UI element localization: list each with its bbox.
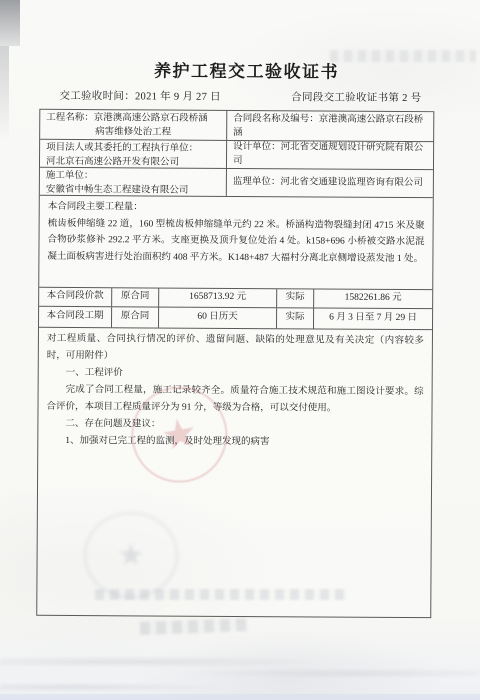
- duration-actual-label: 实际: [277, 308, 314, 328]
- table-row: 施工单位： 安徽省中畅生态工程建设有限公司 监理单位：河北省交通建设监理咨询有限…: [40, 168, 433, 198]
- project-name-cell: 工程名称：京港澳高速公路京石段桥涵 病害维修处治工程: [40, 110, 227, 140]
- project-name-line1: 工程名称：京港澳高速公路京石段桥涵: [46, 112, 220, 127]
- duration-row: 本合同段工期 原合同 60 日历天 实际 6 月 3 日至 7 月 29 日: [39, 307, 432, 330]
- duration-original-label: 原合同: [112, 307, 159, 327]
- executor-line1: 项目法人或其委托的工程执行单位：: [46, 142, 220, 157]
- table-row: 项目法人或其委托的工程执行单位： 河北京石高速公路开发有限公司 设计单位：河北省…: [40, 140, 433, 170]
- contractor-cell: 施工单位： 安徽省中畅生态工程建设有限公司: [40, 168, 227, 196]
- acceptance-time: 交工验收时间：2021 年 9 月 27 日: [59, 88, 221, 104]
- contract-section-line1: 合同段名称及编号：京港澳高速公路京石段桥涵: [233, 113, 427, 141]
- document-meta-line: 交工验收时间：2021 年 9 月 27 日 合同段交工验收证书第 2 号: [59, 88, 421, 105]
- scanned-page: 养护工程交工验收证书 交工验收时间：2021 年 9 月 27 日 合同段交工验…: [0, 0, 480, 700]
- quantities-cell: 本合同段主要工程量： 梳齿板伸缩缝 22 道，160 型梳齿板伸缩缝单元约 22…: [39, 196, 433, 290]
- duration-original-value: 60 日历天: [159, 308, 277, 329]
- contractor-line2: 安徽省中畅生态工程建设有限公司: [46, 183, 220, 196]
- quantities-heading: 本合同段主要工程量：: [48, 199, 425, 218]
- table-row: 工程名称：京港澳高速公路京石段桥涵 病害维修处治工程 合同段名称及编号：京港澳高…: [40, 110, 433, 142]
- evaluation-section1-body: 完成了合同工程量，施工记录较齐全。质量符合施工技术规范和施工图设计要求。综合评价…: [46, 382, 423, 418]
- contract-section-cell: 合同段名称及编号：京港澳高速公路京石段桥涵 病害维修处治工程 YH-2 标段: [227, 111, 433, 141]
- scan-bottom-edge: [0, 694, 480, 700]
- duration-row-label: 本合同段工期: [39, 307, 112, 327]
- contractor-line1: 施工单位：: [46, 170, 220, 185]
- document-title: 养护工程交工验收证书: [0, 56, 480, 84]
- evaluation-section2-item: 1、加强对已完工程的监测，及时处理发现的病害: [46, 433, 423, 452]
- executor-line2: 河北京石高速公路开发有限公司: [46, 155, 220, 168]
- quantities-body: 梳齿板伸缩缝 22 道，160 型梳齿板伸缩缝单元约 22 米。桥涵构造物裂缝封…: [47, 215, 424, 267]
- price-actual-value: 1582261.86 元: [314, 289, 432, 308]
- executor-cell: 项目法人或其委托的工程执行单位： 河北京石高速公路开发有限公司: [40, 140, 227, 168]
- supervisor-cell: 监理单位：河北省交通建设监理咨询有限公司: [227, 169, 433, 197]
- project-name-line2: 病害维修处治工程: [46, 125, 220, 140]
- price-actual-label: 实际: [277, 289, 314, 307]
- price-original-label: 原合同: [112, 288, 159, 306]
- bleedthrough-stamp: ★: [84, 512, 178, 598]
- bleedthrough-text-1: [95, 589, 347, 600]
- designer-cell: 设计单位：河北省交通规划设计研究院有限公司: [227, 141, 433, 169]
- evaluation-heading: 对工程质量、合同执行情况的评价、遗留问题、缺陷的处理意见及有关决定（内容较多时，…: [47, 331, 424, 367]
- supervisor-name: 监理单位：河北省交通建设监理咨询有限公司: [233, 176, 423, 191]
- price-row-label: 本合同段价款: [39, 288, 112, 306]
- duration-actual-value: 6 月 3 日至 7 月 29 日: [314, 308, 432, 329]
- price-row: 本合同段价款 原合同 1658713.92 元 实际 1582261.86 元: [39, 288, 432, 309]
- star-icon: ★: [158, 412, 200, 457]
- certificate-number: 合同段交工验收证书第 2 号: [291, 89, 421, 105]
- designer-name: 设计单位：河北省交通规划设计研究院有限公司: [233, 141, 427, 169]
- ghost-star-icon: ★: [118, 538, 145, 573]
- paper-crinkle-shadows: [0, 648, 480, 694]
- price-original-value: 1658713.92 元: [159, 289, 277, 308]
